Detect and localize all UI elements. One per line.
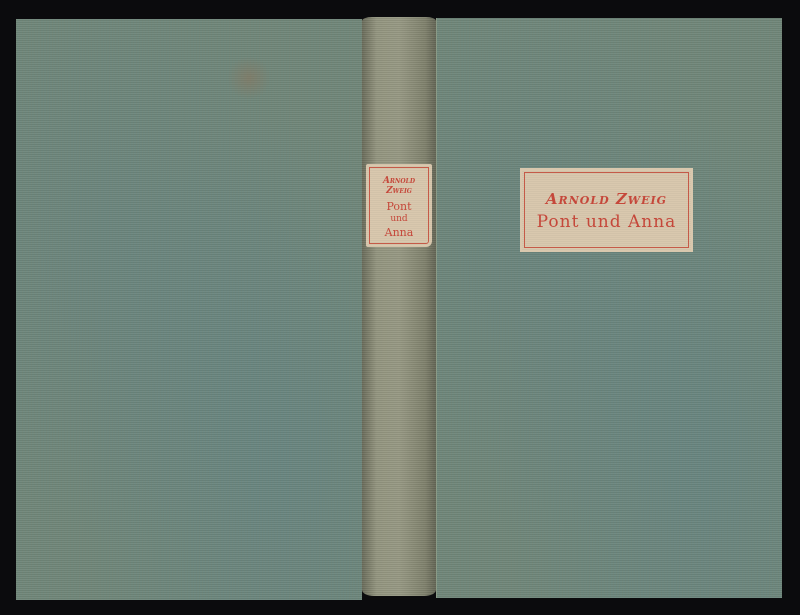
front-label-title: Pont und Anna — [522, 212, 691, 232]
back-cover — [16, 19, 362, 600]
spine-title-line: Pont — [366, 200, 432, 213]
spine-author-line: Arnold — [366, 176, 432, 186]
front-cover-label: Arnold Zweig Pont und Anna — [520, 168, 693, 252]
front-cover — [436, 18, 782, 598]
cover-stain — [226, 57, 272, 99]
spine-author: Arnold Zweig — [366, 176, 432, 196]
book-spine — [362, 17, 436, 596]
spine-label: Arnold Zweig Pont und Anna — [366, 164, 432, 247]
spine-title-line: Anna — [366, 226, 432, 239]
front-label-author: Arnold Zweig — [522, 190, 691, 208]
spine-author-line: Zweig — [366, 186, 432, 196]
spine-title-line: und — [366, 213, 432, 226]
spine-title: Pont und Anna — [366, 200, 432, 239]
